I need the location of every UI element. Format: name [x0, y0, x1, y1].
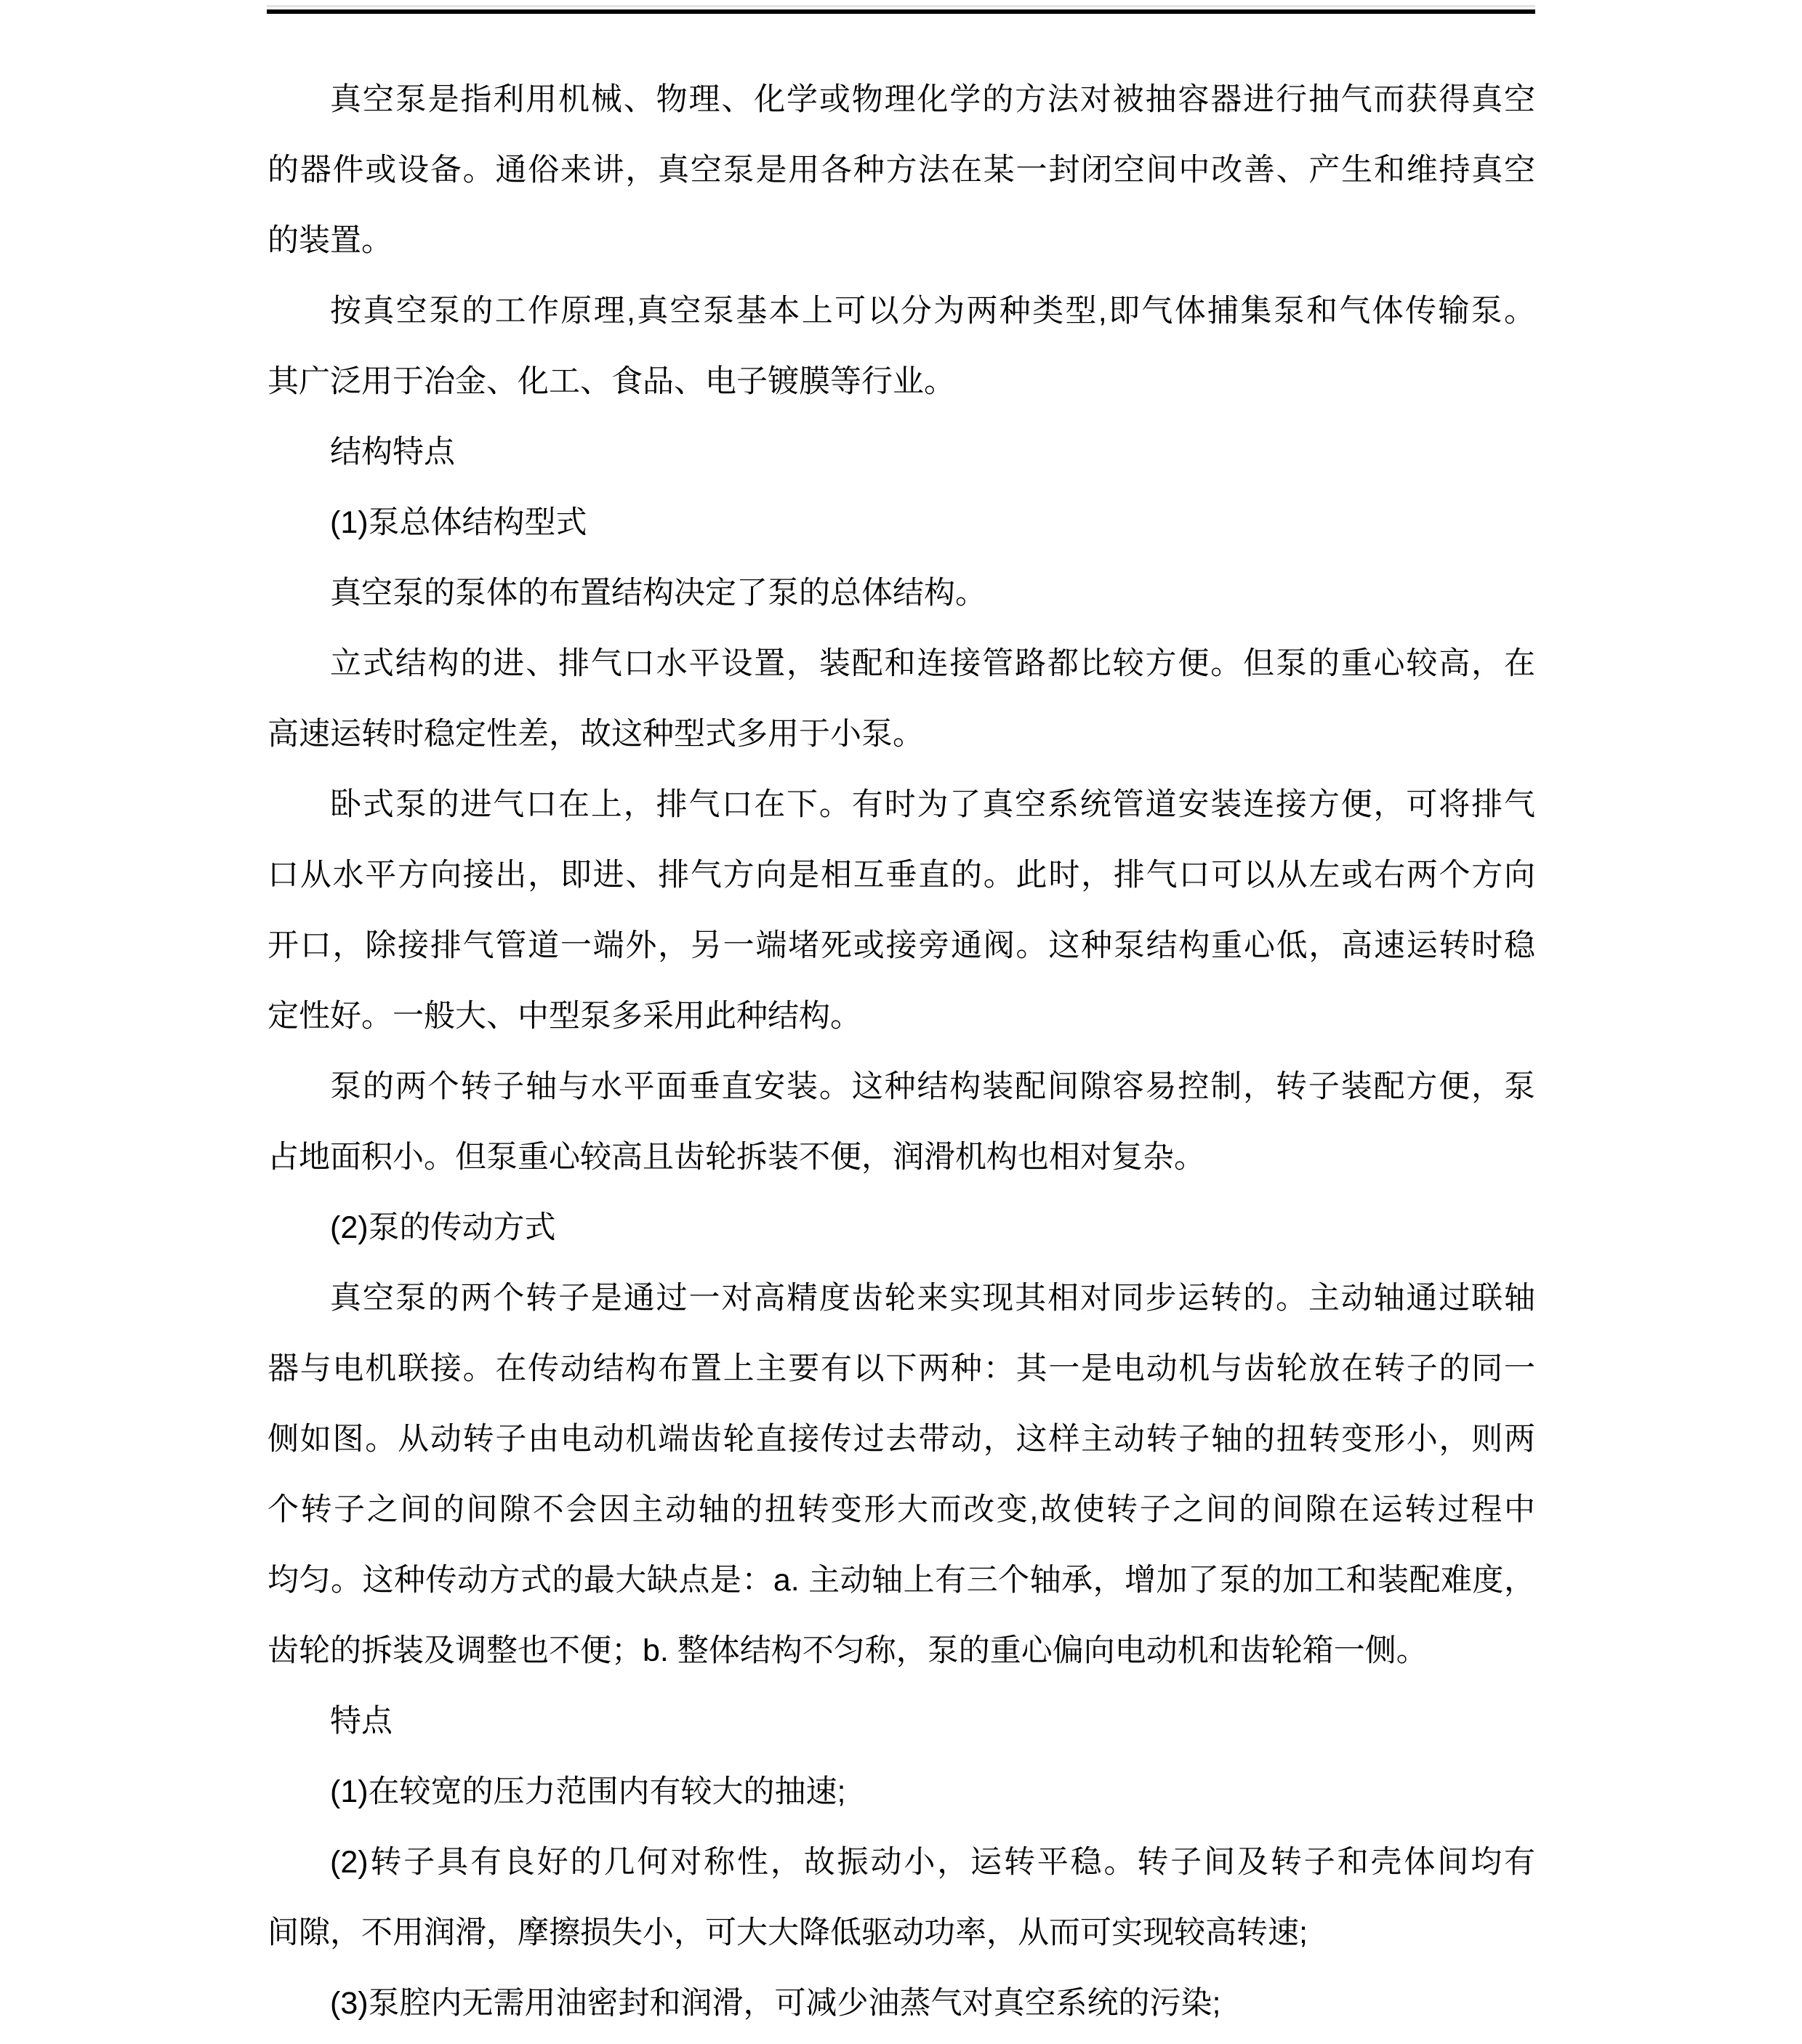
paragraph-10: 真空泵的两个转子是通过一对高精度齿轮来实现其相对同步运转的。主动轴通过联轴器与电…	[268, 1263, 1535, 1686]
text-line: 的装置。	[268, 206, 1535, 276]
document-text-body: 真空泵是指利用机械、物理、化学或物理化学的方法对被抽容器进行抽气而获得真空的器件…	[268, 65, 1535, 2039]
paragraph-3: 结构特点	[268, 417, 1535, 488]
text-line: 卧式泵的进气口在上，排气口在下。有时为了真空系统管道安装连接方便，可将排气	[268, 770, 1535, 840]
document-page: { "page": { "width": 2479, "height": 281…	[0, 0, 1802, 2044]
text-line: 器与电机联接。在传动结构布置上主要有以下两种：其一是电动机与齿轮放在转子的同一	[268, 1334, 1535, 1404]
paragraph-2: 按真空泵的工作原理,真空泵基本上可以分为两种类型,即气体捕集泵和气体传输泵。其广…	[268, 276, 1535, 417]
text-line: (3)泵腔内无需用油密封和润滑，可减少油蒸气对真空系统的污染;	[268, 1968, 1535, 2039]
text-line: (2)转子具有良好的几何对称性，故振动小，运转平稳。转子间及转子和壳体间均有	[268, 1827, 1535, 1898]
paragraph-7: 卧式泵的进气口在上，排气口在下。有时为了真空系统管道安装连接方便，可将排气口从水…	[268, 770, 1535, 1052]
text-line: 占地面积小。但泵重心较高且齿轮拆装不便，润滑机构也相对复杂。	[268, 1122, 1535, 1193]
paragraph-13: (2)转子具有良好的几何对称性，故振动小，运转平稳。转子间及转子和壳体间均有间隙…	[268, 1827, 1535, 1968]
header-rule-dark	[267, 9, 1535, 14]
paragraph-4: (1)泵总体结构型式	[268, 488, 1535, 558]
text-line: (2)泵的传动方式	[268, 1193, 1535, 1263]
paragraph-11: 特点	[268, 1686, 1535, 1757]
paragraph-1: 真空泵是指利用机械、物理、化学或物理化学的方法对被抽容器进行抽气而获得真空的器件…	[268, 65, 1535, 276]
text-line: 口从水平方向接出，即进、排气方向是相互垂直的。此时，排气口可以从左或右两个方向	[268, 840, 1535, 911]
text-line: 个转子之间的间隙不会因主动轴的扭转变形大而改变,故使转子之间的间隙在运转过程中	[268, 1475, 1535, 1545]
text-line: 真空泵是指利用机械、物理、化学或物理化学的方法对被抽容器进行抽气而获得真空	[268, 65, 1535, 135]
paragraph-5: 真空泵的泵体的布置结构决定了泵的总体结构。	[268, 558, 1535, 629]
text-line: 齿轮的拆装及调整也不便；b. 整体结构不匀称，泵的重心偏向电动机和齿轮箱一侧。	[268, 1616, 1535, 1686]
paragraph-6: 立式结构的进、排气口水平设置，装配和连接管路都比较方便。但泵的重心较高，在高速运…	[268, 629, 1535, 770]
text-line: 其广泛用于冶金、化工、食品、电子镀膜等行业。	[268, 347, 1535, 417]
text-line: 侧如图。从动转子由电动机端齿轮直接传过去带动，这样主动转子轴的扭转变形小，则两	[268, 1404, 1535, 1475]
text-line: 高速运转时稳定性差，故这种型式多用于小泵。	[268, 699, 1535, 770]
text-line: 均匀。这种传动方式的最大缺点是：a. 主动轴上有三个轴承，增加了泵的加工和装配难…	[268, 1545, 1535, 1616]
text-line: 开口，除接排气管道一端外，另一端堵死或接旁通阀。这种泵结构重心低，高速运转时稳	[268, 911, 1535, 981]
text-line: 特点	[268, 1686, 1535, 1757]
text-line: 按真空泵的工作原理,真空泵基本上可以分为两种类型,即气体捕集泵和气体传输泵。	[268, 276, 1535, 347]
text-line: 间隙，不用润滑，摩擦损失小，可大大降低驱动功率，从而可实现较高转速;	[268, 1898, 1535, 1968]
text-line: 立式结构的进、排气口水平设置，装配和连接管路都比较方便。但泵的重心较高，在	[268, 629, 1535, 699]
text-line: 真空泵的两个转子是通过一对高精度齿轮来实现其相对同步运转的。主动轴通过联轴	[268, 1263, 1535, 1334]
text-line: 结构特点	[268, 417, 1535, 488]
text-line: 泵的两个转子轴与水平面垂直安装。这种结构装配间隙容易控制，转子装配方便，泵	[268, 1052, 1535, 1122]
paragraph-8: 泵的两个转子轴与水平面垂直安装。这种结构装配间隙容易控制，转子装配方便，泵占地面…	[268, 1052, 1535, 1193]
text-line: 的器件或设备。通俗来讲，真空泵是用各种方法在某一封闭空间中改善、产生和维持真空	[268, 135, 1535, 206]
header-rule-light	[267, 5, 1535, 7]
paragraph-9: (2)泵的传动方式	[268, 1193, 1535, 1263]
text-line: (1)泵总体结构型式	[268, 488, 1535, 558]
paragraph-12: (1)在较宽的压力范围内有较大的抽速;	[268, 1757, 1535, 1827]
paragraph-14: (3)泵腔内无需用油密封和润滑，可减少油蒸气对真空系统的污染;	[268, 1968, 1535, 2039]
text-line: (1)在较宽的压力范围内有较大的抽速;	[268, 1757, 1535, 1827]
text-line: 真空泵的泵体的布置结构决定了泵的总体结构。	[268, 558, 1535, 629]
text-line: 定性好。一般大、中型泵多采用此种结构。	[268, 981, 1535, 1052]
